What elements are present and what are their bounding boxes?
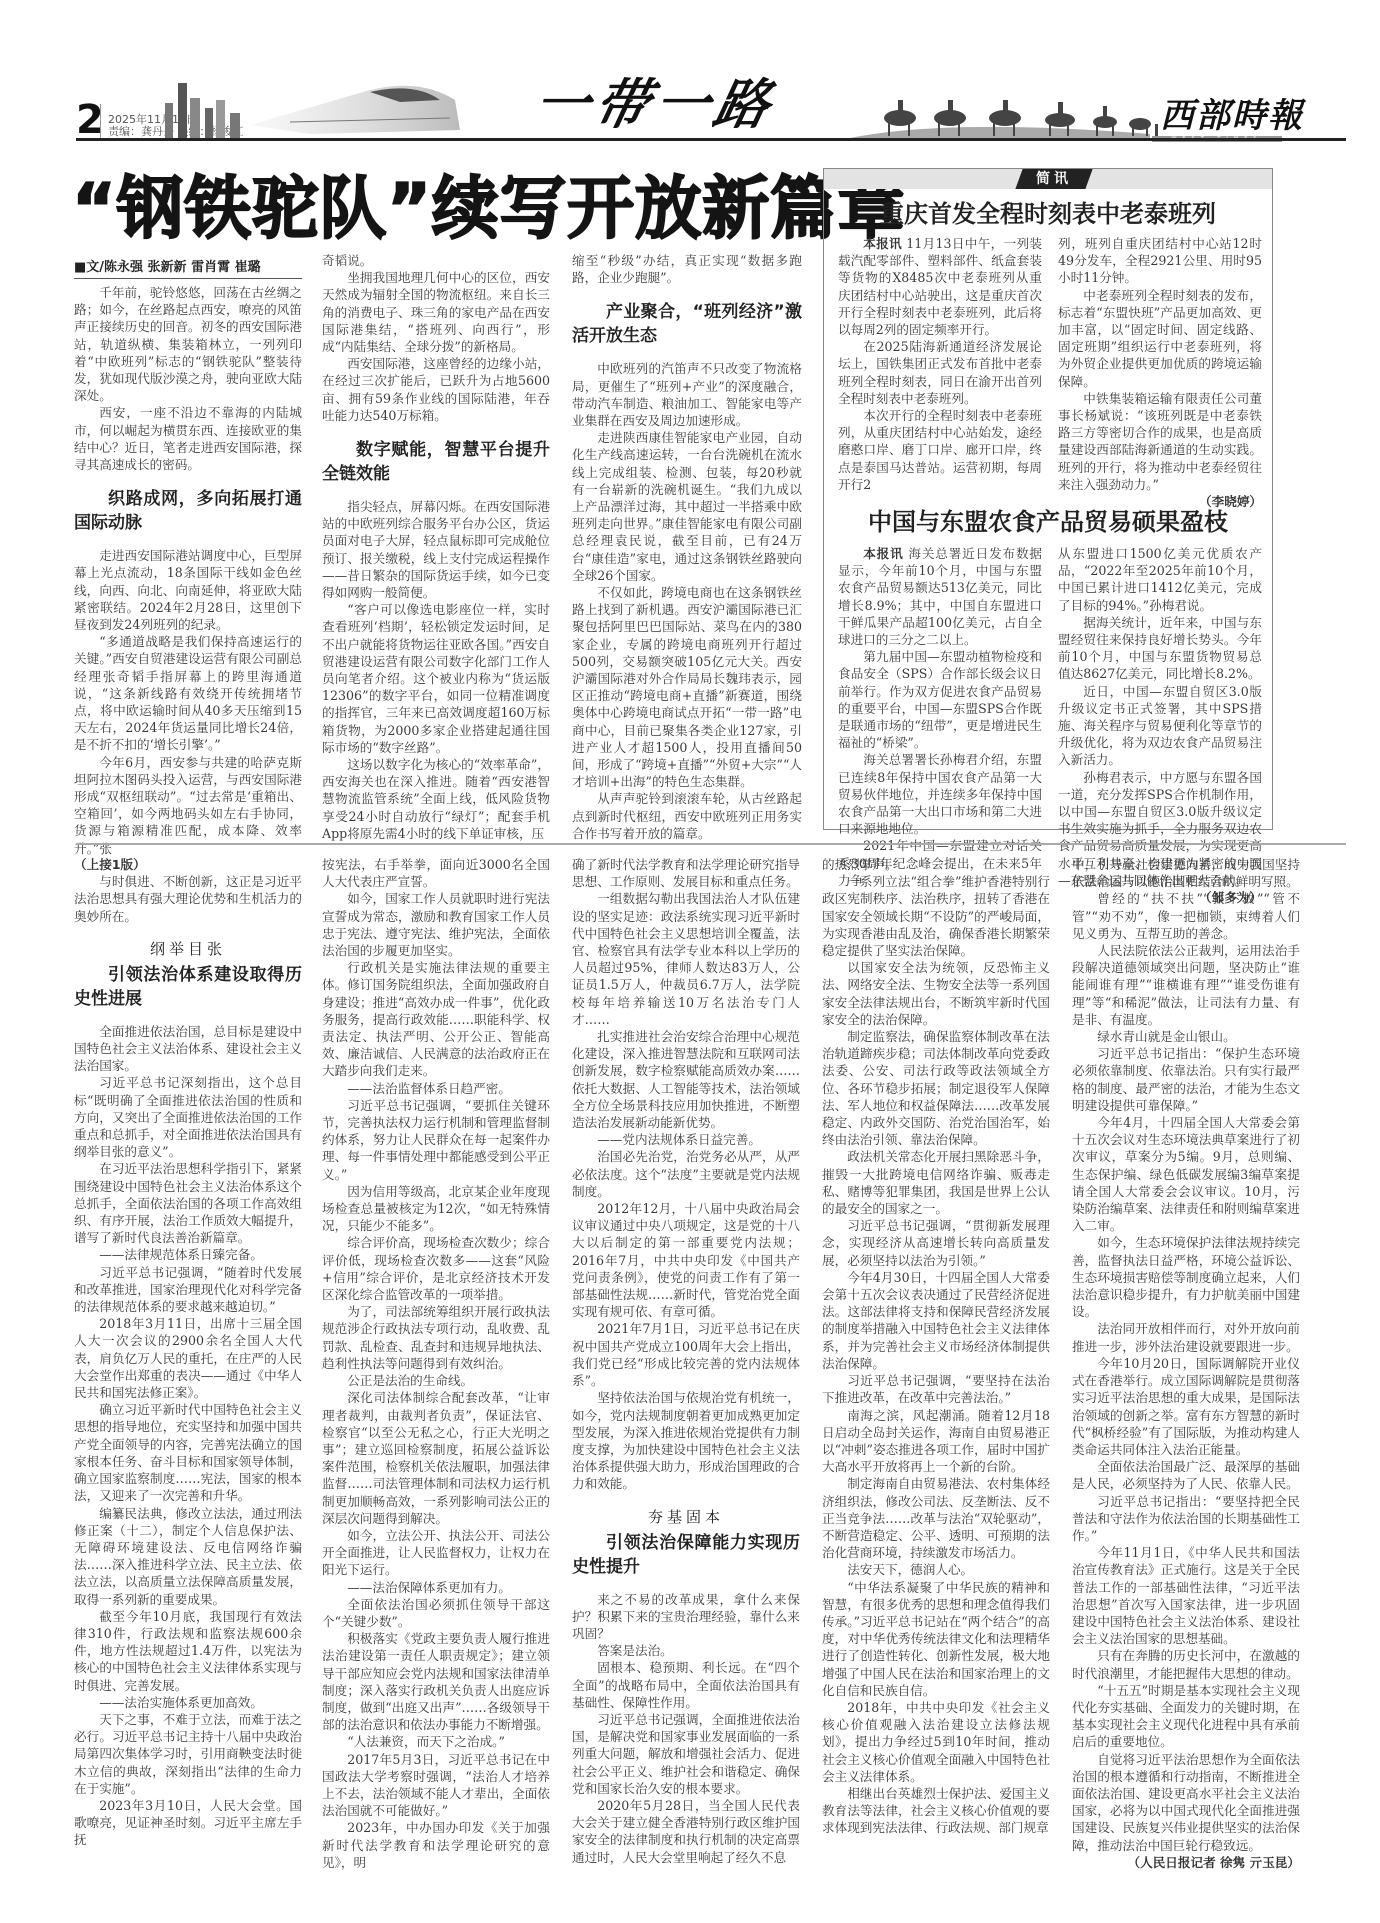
paragraph: 西安国际港，这座曾经的边缘小站，在经过三次扩能后，已跃升为占地5600亩、拥有5… bbox=[322, 355, 550, 424]
paragraph: 习近平总书记强调，“贯彻新发展理念，实现经济从高速增长转向高质量发展，必须坚持以… bbox=[822, 1217, 1050, 1269]
paragraph: 治国必先治党，治党务必从严，从严必依法度。这个“法度”主要就是党内法规制度。 bbox=[572, 1148, 800, 1200]
paragraph: “人法兼资，而天下之治成。” bbox=[322, 1733, 550, 1750]
paragraph: ——法律规范体系日臻完备。 bbox=[74, 1246, 302, 1263]
paragraph: 坚持依法治国与依规治党有机统一，如今，党内法规制度朝着更加成熟更加定型发展，为深… bbox=[572, 1389, 800, 1492]
city-skyline-icon bbox=[150, 78, 250, 138]
main-story-column-3: 缩至“秒级”办结，真正实现“数据多跑路，企业少跑腿”。 产业聚合，“班列经济”激… bbox=[572, 252, 802, 842]
paragraph: 来之不易的改革成果，拿什么来保护？积累下来的宝贵治理经验，靠什么来巩固？ bbox=[572, 1591, 800, 1643]
paragraph: 曾经的“扶不扶”“救不救”“管不管”“劝不劝”，像一把枷锁，束缚着人们见义勇为、… bbox=[1072, 890, 1300, 942]
paragraph: 习近平总书记强调，“要抓住关键环节，完善执法权力运行机制和管理监督制约体系，努力… bbox=[322, 1097, 550, 1183]
paragraph: 走进西安国际港站调度中心，巨型屏幕上光点流动，18条国际干线如金色丝线，向西、向… bbox=[74, 547, 302, 633]
paragraph: ——法治保障体系更加有力。 bbox=[322, 1579, 550, 1596]
paragraph: 中铁集装箱运输有限责任公司董事长杨斌说：“该班列既是中老泰铁路三方等密切合作的成… bbox=[1058, 390, 1262, 493]
main-headline: “钢铁驼队”续写开放新篇章 bbox=[72, 172, 905, 248]
paragraph: “客户可以像选电影座位一样，实时查看班列‘档期’，轻松锁定发运时间，足不出户就能… bbox=[322, 601, 550, 756]
subheading: 数字赋能，智慧平台提升全链效能 bbox=[322, 438, 550, 486]
paragraph: 因为信用等级高，北京某企业年度现场检查总量被核定为12次，“如无特殊情况，只能少… bbox=[322, 1183, 550, 1235]
paragraph: 综合评价高，现场检查次数少；综合评价低，现场检查次数多——这套“风险+信用”综合… bbox=[322, 1234, 550, 1303]
paragraph: “中华法系凝聚了中华民族的精神和智慧，有很多优秀的思想和理念值得我们传承。”习近… bbox=[822, 1579, 1050, 1699]
brief-1-column-1: 本报讯 11月13日中午，一列装载汽配零部件、塑料部件、纸盒套装等货物的X848… bbox=[838, 235, 1042, 493]
paragraph: 法安天下，德润人心。 bbox=[822, 1561, 1050, 1578]
paragraph: 坐拥我国地理几何中心的区位，西安天然成为辐射全国的物流枢纽。来自长三角的消费电子… bbox=[322, 269, 550, 355]
paragraph: 按宪法，右手举拳，面向近3000名全国人大代表庄严宣誓。 bbox=[322, 856, 550, 890]
paragraph: 与时俱进、不断创新，这正是习近平法治思想具有强大理论优势和生机活力的奥妙所在。 bbox=[74, 873, 302, 925]
brief-headline-2: 中国与东盟农食产品贸易硕果盈枝 bbox=[824, 507, 1272, 537]
paragraph: 只有在奔腾的历史长河中，在激越的时代浪潮里，才能把握伟大思想的律动。 bbox=[1072, 1647, 1300, 1681]
high-speed-train-icon bbox=[250, 70, 460, 138]
paragraph: 2017年5月3日，习近平总书记在中国政法大学考察时强调，“法治人才培养上不去，… bbox=[322, 1751, 550, 1820]
paragraph: 在2025陆海新通道经济发展论坛上，国铁集团正式发布首批中老泰班列全程时刻表，同… bbox=[838, 338, 1042, 407]
paragraph: 2018年，中共中央印发《社会主义核心价值观融入法治建设立法修法规划》，提出力争… bbox=[822, 1699, 1050, 1785]
paragraph: 2012年12月，十八届中央政治局会议审议通过中央八项规定，这是党的十八大以后制… bbox=[572, 1200, 800, 1320]
paragraph: 如今，国家工作人员就职时进行宪法宣誓成为常态，激励和教育国家工作人员忠于宪法、遵… bbox=[322, 890, 550, 959]
section-title: 一带一路 bbox=[528, 72, 782, 136]
subheading: 织路成网，多向拓展打通国际动脉 bbox=[74, 487, 302, 535]
paragraph: 据海关统计，近年来，中国与东盟经贸往来保持良好增长势头。今年前10个月，中国与东… bbox=[1058, 614, 1262, 683]
continued-column-4: 的热烈掌声。 一系列立法“组合拳”维护香港特别行政区宪制秩序、法治秩序，扭转了香… bbox=[822, 856, 1050, 1837]
paragraph: 走进陕西康佳智能家电产业园，自动化生产线高速运转，一台台洗碗机在流水线上完成组装… bbox=[572, 429, 802, 584]
paragraph: 公正是法治的生命线。 bbox=[322, 1372, 550, 1389]
paragraph: 今年4月30日，十四届全国人大常委会第十五次会议表决通过了民营经济促进法。这部法… bbox=[822, 1269, 1050, 1372]
paragraph: 从东盟进口1500亿美元优质农产品，“2022年至2025年前10个月，中国已累… bbox=[1058, 545, 1262, 614]
paragraph: ——法治实施体系更加高效。 bbox=[74, 1694, 302, 1711]
paragraph: 2023年，中办国办印发《关于加强新时代法学教育和法学理论研究的意见》，明 bbox=[322, 1819, 550, 1871]
paragraph: 2020年5月28日，当全国人民代表大会关于建立健全香港特别行政区维护国家安全的… bbox=[572, 1797, 800, 1866]
paragraph: 指尖轻点，屏幕闪烁。在西安国际港站的中欧班列综合服务平台办公区，货运员面对电子大… bbox=[322, 498, 550, 601]
paragraph: 相继出台英雄烈士保护法、爱国主义教育法等法律，社会主义核心价值观的要求体现到宪法… bbox=[822, 1785, 1050, 1837]
newspaper-logo: 西部時報 bbox=[1160, 96, 1304, 136]
paragraph: 自觉将习近平法治思想作为全面依法治国的根本遵循和行动指南，不断推进全面依法治国、… bbox=[1072, 1751, 1300, 1854]
brief-headline-1: 重庆首发全程时刻表中老泰班列 bbox=[824, 199, 1272, 229]
continued-from-label: （上接1版） bbox=[74, 856, 302, 873]
paragraph: 行政机关是实施法律法规的重要主体。修订国务院组织法，全面加强政府自身建设；推进“… bbox=[322, 959, 550, 1079]
divider bbox=[100, 104, 101, 138]
paragraph: ——法治监督体系日趋严密。 bbox=[322, 1080, 550, 1097]
paragraph: 人民法院依法公正裁判，运用法治手段解决道德领域突出问题，坚决防止“谁能闹谁有理”… bbox=[1072, 942, 1300, 1028]
paragraph: 如今，生态环境保护法律法规持续完善，监督执法日益严格，环境公益诉讼、生态环境损害… bbox=[1072, 1234, 1300, 1320]
brief-1-column-2: 列，班列自重庆团结村中心站12时49分发车，全程2921公里、用时95小时11分… bbox=[1058, 235, 1262, 510]
paragraph: 海关总署署长孙梅君介绍，东盟已连续8年保持中国农食产品第一大贸易伙伴地位，并连续… bbox=[838, 751, 1042, 837]
paragraph: 列，班列自重庆团结村中心站12时49分发车，全程2921公里、用时95小时11分… bbox=[1058, 235, 1262, 287]
paragraph: 确了新时代法学教育和法学理论研究指导思想、工作原则、发展目标和重点任务。 bbox=[572, 856, 800, 890]
masthead-rule bbox=[76, 138, 1346, 141]
paragraph: “十五五”时期是基本实现社会主义现代化夯实基础、全面发力的关键时期，在基本实现社… bbox=[1072, 1682, 1300, 1751]
continued-column-1: （上接1版） 与时俱进、不断创新，这正是习近平法治思想具有强大理论优势和生机活力… bbox=[74, 856, 302, 1849]
paragraph: 近日，中国—东盟自贸区3.0版升级议定书正式签署，其中SPS措施、海关程序与贸易… bbox=[1058, 683, 1262, 769]
paragraph: 的热烈掌声。 bbox=[822, 856, 1050, 873]
section-kicker: 夯基固本 bbox=[572, 1505, 800, 1529]
paragraph: ——党内法规体系日益完善。 bbox=[572, 1131, 800, 1148]
paragraph: 习近平总书记指出：“保护生态环境必须依靠制度、依靠法治。只有实行最严格的制度、最… bbox=[1072, 1045, 1300, 1114]
section-divider bbox=[76, 843, 1346, 845]
paragraph: 固根本、稳预期、利长远。在“四个全面”的战略布局中，全面依法治国具有基础性、保障… bbox=[572, 1659, 800, 1711]
paragraph: 制定监察法，确保监察体制改革在法治轨道蹄疾步稳；司法体制改革向党委政法委、公安、… bbox=[822, 1028, 1050, 1148]
section-kicker: 纲举目张 bbox=[74, 937, 302, 961]
paragraph: 一组数据勾勒出我国法治人才队伍建设的坚实足迹：政法系统实现习近平新时代中国特色社… bbox=[572, 890, 800, 1028]
paragraph: 绿水青山就是金山银山。 bbox=[1072, 1028, 1300, 1045]
paragraph: 奇韬说。 bbox=[322, 252, 550, 269]
paragraph: 中欧班列的汽笛声不只改变了物流格局，更催生了“班列+产业”的深度融合，带动汽车制… bbox=[572, 360, 802, 429]
page-masthead: 2 2025年11月18日 责编：龚丹丹 美编：杨俊红 一带一路 西部時報 WE… bbox=[0, 0, 1380, 142]
paragraph: 这场以数字化为核心的“效率革命”，西安海关也在深入推进。随着“西安港智慧物流监管… bbox=[322, 756, 550, 842]
paragraph: 今年10月20日，国际调解院开业仪式在香港举行。成立国际调解院是贯彻落实习近平法… bbox=[1072, 1355, 1300, 1458]
continued-column-3: 确了新时代法学教育和法学理论研究指导思想、工作原则、发展目标和重点任务。 一组数… bbox=[572, 856, 800, 1866]
paragraph: 习近平总书记强调，“要坚持在法治下推进改革，在改革中完善法治。” bbox=[822, 1372, 1050, 1406]
paragraph: 如今，立法公开、执法公开、司法公开全面推进，让人民监督权力，让权力在阳光下运行。 bbox=[322, 1527, 550, 1579]
paragraph: 一系列立法“组合拳”维护香港特别行政区宪制秩序、法治秩序，扭转了香港在国家安全领… bbox=[822, 873, 1050, 959]
paragraph: 制定海南自由贸易港法、农村集体经济组织法，修改公司法、反垄断法、反不正当竞争法…… bbox=[822, 1475, 1050, 1561]
paragraph: 答案是法治。 bbox=[572, 1642, 800, 1659]
paragraph: 本次开行的全程时刻表中老泰班列，从重庆团结村中心站始发，途经磨憨口岸、磨丁口岸、… bbox=[838, 407, 1042, 493]
paragraph: 习近平总书记强调，全面推进依法治国，是解决党和国家事业发展面临的一系列重大问题，… bbox=[572, 1711, 800, 1797]
paragraph: 政法机关常态化开展扫黑除恶斗争，摧毁一大批跨境电信网络诈骗、贩毒走私、赌博等犯罪… bbox=[822, 1148, 1050, 1217]
paragraph: 以国家安全法为统领，反恐怖主义法、网络安全法、生物安全法等一系列国家安全法律法规… bbox=[822, 959, 1050, 1028]
paragraph: 天下之事，不难于立法，而难于法之必行。习近平总书记主持十八届中央政治局第四次集体… bbox=[74, 1711, 302, 1797]
paragraph: 积极落实《党政主要负责人履行推进法治建设第一责任人职责规定》；建立领导干部应知应… bbox=[322, 1630, 550, 1733]
paragraph: 从声声驼铃到滚滚车轮，从古丝路起点到新时代枢纽，西安中欧班列正用务实合作书写着开… bbox=[572, 790, 802, 842]
paragraph: 全面依法治国最广泛、最深厚的基础是人民，必须坚持为了人民、依靠人民。 bbox=[1072, 1458, 1300, 1492]
byline: ■文/陈永强 张新新 雷肖霄 崔璐 bbox=[74, 256, 302, 279]
paragraph: 中老泰班列全程时刻表的发布，标志着“东盟快班”产品更加高效、更加丰富，以“固定时… bbox=[1058, 287, 1262, 390]
brief-2-column-1: 本报讯 海关总署近日发布数据显示，今年前10个月，中国与东盟农食产品贸易额达51… bbox=[838, 545, 1042, 889]
paragraph: 今年11月1日，《中华人民共和国法治宣传教育法》正式施行。这是关于全民普法工作的… bbox=[1072, 1544, 1300, 1647]
paragraph: 习近平总书记指出：“要坚持把全民普法和守法作为依法治国的长期基础性工作。” bbox=[1072, 1493, 1300, 1545]
paragraph: 深化司法体制综合配套改革，“让审理者裁判，由裁判者负责”，保证法官、检察官“以至… bbox=[322, 1389, 550, 1527]
paragraph: 法治同开放相伴而行，对外开放向前推进一步，涉外法治建设就要跟进一步。 bbox=[1072, 1320, 1300, 1354]
paragraph: 编纂民法典，修改立法法，通过刑法修正案（十二），制定个人信息保护法、无障碍环境建… bbox=[74, 1505, 302, 1608]
paragraph: 千年前，驼铃悠悠，回荡在古丝绸之路；如今，在丝路起点西安，嘹亮的风笛声正接续历史… bbox=[74, 284, 302, 404]
paragraph: 2018年3月11日，出席十三届全国人大一次会议的2900余名全国人大代表，肩负… bbox=[74, 1315, 302, 1401]
paragraph: 不仅如此，跨境电商也在这条钢铁丝路上找到了新机遇。西安沪灞国际港已汇聚包括阿里巴… bbox=[572, 584, 802, 790]
subheading: 引领法治保障能力实现历史性提升 bbox=[572, 1531, 800, 1579]
paragraph: 2021年7月1日，习近平总书记在庆祝中国共产党成立100周年大会上指出，我们党… bbox=[572, 1320, 800, 1389]
paragraph: 2023年3月10日，人民大会堂。国歌嘹亮，见证神圣时刻。习近平主席左手抚 bbox=[74, 1797, 302, 1849]
brief-2-column-2: 从东盟进口1500亿美元优质农产品，“2022年至2025年前10个月，中国已累… bbox=[1058, 545, 1262, 906]
paragraph: 南海之滨，风起潮涌。随着12月18日启动全岛封关运作，海南自由贸易港正以“冲刺”… bbox=[822, 1407, 1050, 1476]
paragraph: 今年4月，十四届全国人大常委会第十五次会议对生态环境法典草案进行了初次审议，草案… bbox=[1072, 1114, 1300, 1234]
paragraph: 扎实推进社会治安综合治理中心规范化建设，深入推进智慧法院和互联网司法创新发展，数… bbox=[572, 1028, 800, 1131]
main-story-column-2: 奇韬说。 坐拥我国地理几何中心的区位，西安天然成为辐射全国的物流枢纽。来自长三角… bbox=[322, 252, 550, 842]
paragraph: 全面推进依法治国，总目标是建设中国特色社会主义法治体系、建设社会主义法治国家。 bbox=[74, 1023, 302, 1075]
article-signature: （人民日报记者 徐隽 亓玉昆） bbox=[1072, 1854, 1300, 1871]
brief-lead: 本报讯 bbox=[863, 236, 902, 251]
news-briefs-box: 简讯 重庆首发全程时刻表中老泰班列 本报讯 11月13日中午，一列装载汽配零部件… bbox=[823, 168, 1273, 830]
continued-column-2: 按宪法，右手举拳，面向近3000名全国人大代表庄严宣誓。 如今，国家工作人员就职… bbox=[322, 856, 550, 1871]
paragraph: 习近平总书记深刻指出，这个总目标“既明确了全面推进依法治国的性质和方向，又突出了… bbox=[74, 1074, 302, 1160]
paragraph: 中，引导全社会崇德向善，成为我国坚持依法治国与以德治国相结合的鲜明写照。 bbox=[1072, 856, 1300, 890]
paragraph: “多通道战略是我们保持高速运行的关键。”西安自贸港建设运营有限公司副总经理张奇韬… bbox=[74, 633, 302, 753]
paragraph: 全面依法治国必须抓住领导干部这个“关键少数”。 bbox=[322, 1596, 550, 1630]
paragraph: 为了，司法部统筹组织开展行政执法规范涉企行政执法专项行动，乱收费、乱罚款、乱检查… bbox=[322, 1303, 550, 1372]
paragraph: 今年6月，西安参与共建的哈萨克斯坦阿拉木图码头投入运营，与西安国际港形成“双枢纽… bbox=[74, 754, 302, 857]
paragraph: 缩至“秒级”办结，真正实现“数据多跑路，企业少跑腿”。 bbox=[572, 252, 802, 286]
paragraph: 在习近平法治思想科学指引下，紧紧围绕建设中国特色社会主义法治体系这个总抓手，全面… bbox=[74, 1160, 302, 1246]
paragraph: 确立习近平新时代中国特色社会主义思想的指导地位，充实坚持和加强中国共产党全面领导… bbox=[74, 1401, 302, 1504]
briefs-tag: 简讯 bbox=[1015, 169, 1092, 189]
continued-column-5: 中，引导全社会崇德向善，成为我国坚持依法治国与以德治国相结合的鲜明写照。 曾经的… bbox=[1072, 856, 1300, 1871]
paragraph: 西安，一座不沿边不靠海的内陆城市，何以崛起为横贯东西、连接欧亚的集结中心？近日，… bbox=[74, 404, 302, 473]
main-story-column-1: 千年前，驼铃悠悠，回荡在古丝绸之路；如今，在丝路起点西安，嘹亮的风笛声正接续历史… bbox=[74, 284, 302, 857]
subheading: 引领法治体系建设取得历史性进展 bbox=[74, 963, 302, 1011]
paragraph: 第九届中国—东盟动植物检疫和食品安全（SPS）合作部长级会议日前举行。作为双方促… bbox=[838, 648, 1042, 751]
paragraph: 截至今年10月底，我国现行有效法律310件，行政法规和监察法规600余件，地方性… bbox=[74, 1608, 302, 1694]
subheading: 产业聚合，“班列经济”激活开放生态 bbox=[572, 300, 802, 348]
brief-lead: 本报讯 bbox=[863, 546, 903, 561]
paragraph: 习近平总书记强调，“随着时代发展和改革推进，国家治理现代化对科学完备的法律规范体… bbox=[74, 1264, 302, 1316]
